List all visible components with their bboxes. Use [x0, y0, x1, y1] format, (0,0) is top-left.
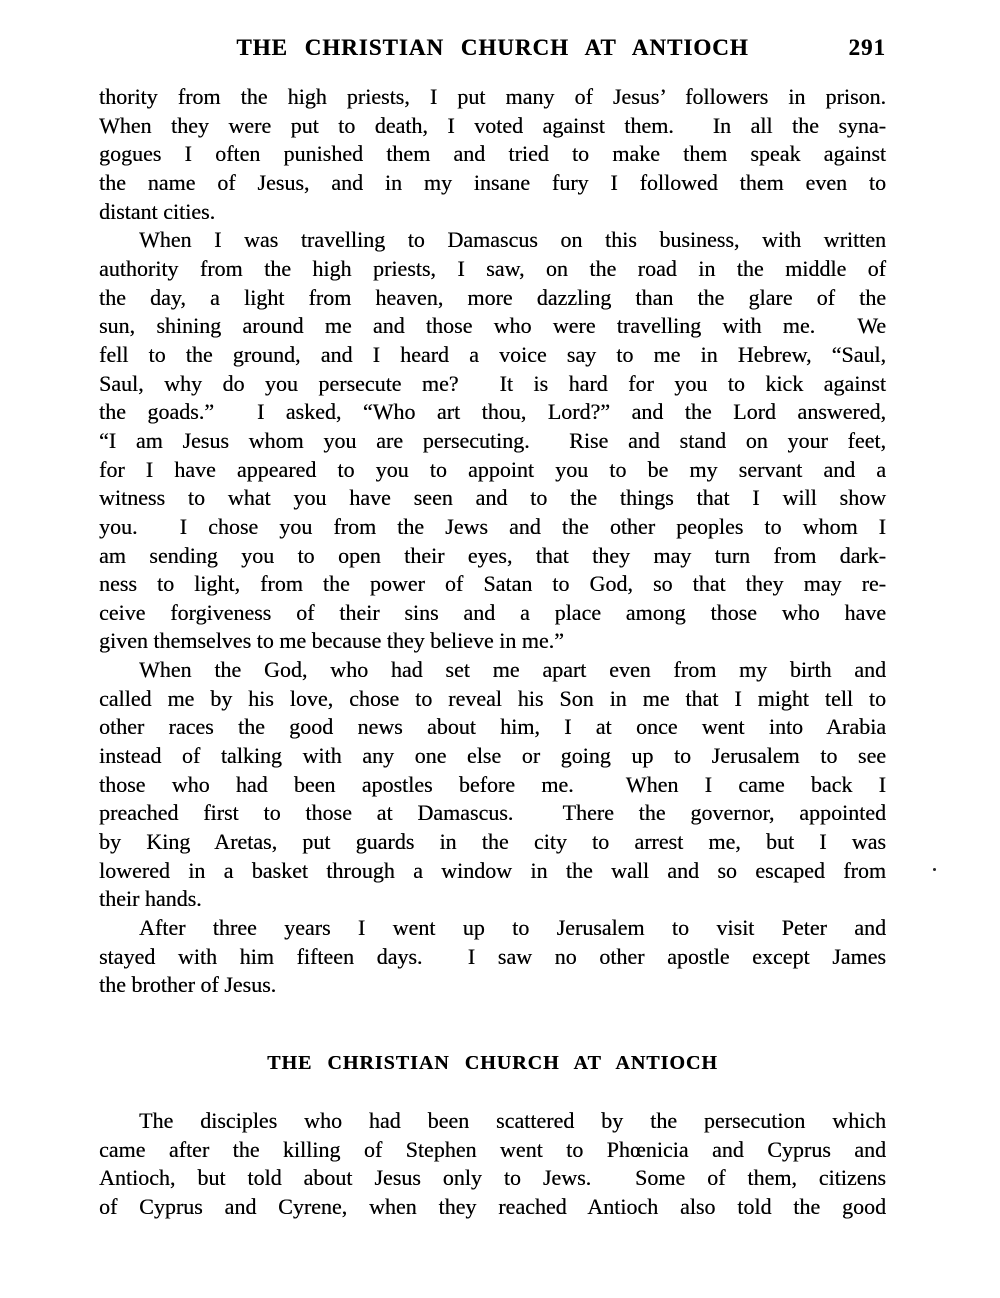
text-column: thority from the high priests, I put man… — [99, 83, 886, 1222]
text-line: the day, a light from heaven, more dazzl… — [99, 284, 886, 313]
text-line: ceive forgiveness of their sins and a pl… — [99, 599, 886, 628]
text-line: Antioch, but told about Jesus only to Je… — [99, 1164, 886, 1193]
text-line: instead of talking with any one else or … — [99, 742, 886, 771]
text-line: their hands. — [99, 885, 886, 914]
text-line: preached first to those at Damascus. The… — [99, 799, 886, 828]
paragraph: thority from the high priests, I put man… — [99, 83, 886, 226]
text-line: “I am Jesus whom you are persecuting. Ri… — [99, 427, 886, 456]
text-line: came after the killing of Stephen went t… — [99, 1136, 886, 1165]
text-line: When I was travelling to Damascus on thi… — [99, 226, 886, 255]
text-line: sun, shining around me and those who wer… — [99, 312, 886, 341]
page-number: 291 — [849, 35, 887, 61]
text-line: called me by his love, chose to reveal h… — [99, 685, 886, 714]
section-heading: THE CHRISTIAN CHURCH AT ANTIOCH — [99, 1052, 886, 1074]
paragraph: When the God, who had set me apart even … — [99, 656, 886, 914]
text-line: you. I chose you from the Jews and the o… — [99, 513, 886, 542]
text-line: of Cyprus and Cyrene, when they reached … — [99, 1193, 886, 1222]
text-line: ness to light, from the power of Satan t… — [99, 570, 886, 599]
text-line: fell to the ground, and I heard a voice … — [99, 341, 886, 370]
paragraph: When I was travelling to Damascus on thi… — [99, 226, 886, 656]
scan-artifact-dot — [933, 868, 936, 871]
book-page: THE CHRISTIAN CHURCH AT ANTIOCH 291 thor… — [0, 0, 1000, 1298]
text-line: am sending you to open their eyes, that … — [99, 542, 886, 571]
text-line: witness to what you have seen and to the… — [99, 484, 886, 513]
text-line: Saul, why do you persecute me? It is har… — [99, 370, 886, 399]
paragraph: After three years I went up to Jerusalem… — [99, 914, 886, 1000]
text-line: stayed with him fifteen days. I saw no o… — [99, 943, 886, 972]
text-line: for I have appeared to you to appoint yo… — [99, 456, 886, 485]
text-line: the name of Jesus, and in my insane fury… — [99, 169, 886, 198]
text-line: When they were put to death, I voted aga… — [99, 112, 886, 141]
paragraph: The disciples who had been scattered by … — [99, 1107, 886, 1222]
text-line: the brother of Jesus. — [99, 971, 886, 1000]
text-line: thority from the high priests, I put man… — [99, 83, 886, 112]
text-line: those who had been apostles before me. W… — [99, 771, 886, 800]
text-line: distant cities. — [99, 198, 886, 227]
text-line: When the God, who had set me apart even … — [99, 656, 886, 685]
running-head: THE CHRISTIAN CHURCH AT ANTIOCH 291 — [99, 35, 886, 63]
text-line: given themselves to me because they beli… — [99, 627, 886, 656]
text-line: the goads.” I asked, “Who art thou, Lord… — [99, 398, 886, 427]
text-line: lowered in a basket through a window in … — [99, 857, 886, 886]
text-line: authority from the high priests, I saw, … — [99, 255, 886, 284]
text-line: other races the good news about him, I a… — [99, 713, 886, 742]
running-head-title: THE CHRISTIAN CHURCH AT ANTIOCH — [99, 35, 886, 61]
text-line: by King Aretas, put guards in the city t… — [99, 828, 886, 857]
text-line: The disciples who had been scattered by … — [99, 1107, 886, 1136]
text-line: gogues I often punished them and tried t… — [99, 140, 886, 169]
text-line: After three years I went up to Jerusalem… — [99, 914, 886, 943]
